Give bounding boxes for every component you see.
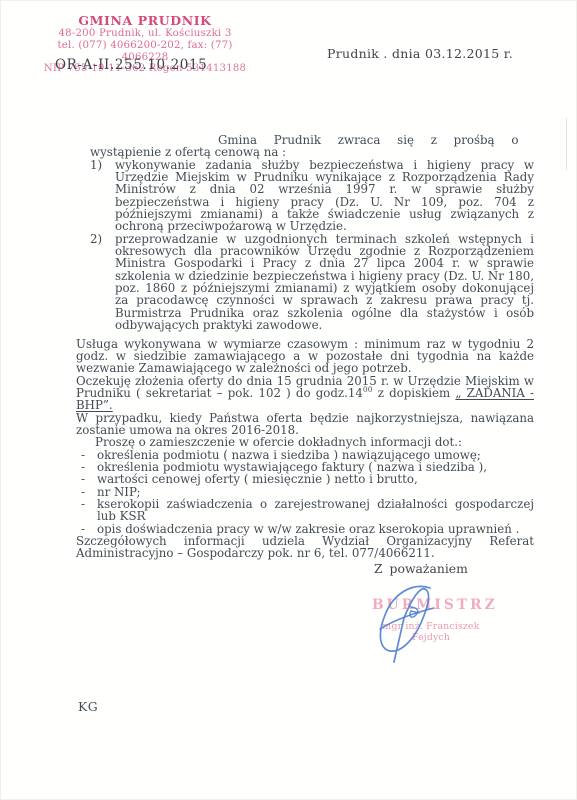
- dash-item-5: - kserokopii zaświadczenia o zarejestrow…: [81, 498, 534, 523]
- municipality-name: GMINA PRUDNIK: [34, 13, 256, 28]
- item-2-marker: 2): [90, 233, 115, 332]
- letter-body: Gmina Prudnik zwraca się z prośbą o wyst…: [76, 134, 534, 560]
- service-terms-paragraph: Usługa wykonywana w wymiarze czasowym : …: [76, 338, 534, 375]
- offer-deadline-text-2: z dopiskiem: [373, 386, 456, 400]
- numbered-item-2: 2) przeprowadzanie w uzgodnionych termin…: [90, 233, 534, 332]
- reference-number: OR-A-II.255.10.2015: [55, 57, 207, 73]
- dash-item-3: - wartości cenowej oferty ( miesięcznie …: [81, 473, 534, 485]
- contact-info-paragraph: Szczegółowych informacji udziela Wydział…: [76, 535, 534, 560]
- intro-paragraph: Gmina Prudnik zwraca się z prośbą o wyst…: [90, 134, 534, 159]
- request-line: Proszę o zamieszczenie w ofercie dokładn…: [76, 436, 534, 448]
- clerk-initials: KG: [78, 699, 98, 714]
- best-offer-paragraph: W przypadku, kiedy Państwa oferta będzie…: [76, 412, 534, 437]
- closing-salutation: Z poważaniem: [374, 561, 468, 576]
- offer-deadline-paragraph: Oczekuję złożenia oferty do dnia 15 grud…: [76, 375, 534, 412]
- item-1-marker: 1): [90, 159, 115, 233]
- letter-page: GMINA PRUDNIK 48-200 Prudnik, ul. Kościu…: [0, 0, 577, 800]
- letterhead-address: 48-200 Prudnik, ul. Kościuszki 3: [34, 28, 256, 40]
- dash-marker: -: [81, 498, 97, 523]
- item-2-text: przeprowadzanie w uzgodnionych terminach…: [115, 233, 534, 332]
- dash-item-3-text: wartości cenowej oferty ( miesięcznie ) …: [97, 473, 534, 485]
- dateline: Prudnik . dnia 03.12.2015 r.: [327, 46, 513, 61]
- dash-item-5-text: kserokopii zaświadczenia o zarejestrowan…: [97, 498, 534, 523]
- offer-hour-superscript: 00: [363, 385, 373, 394]
- dash-marker: -: [81, 473, 97, 485]
- intro-line-2: wystąpienie z ofertą cenową na :: [90, 146, 534, 158]
- numbered-item-1: 1) wykonywanie zadania służby bezpieczeń…: [90, 159, 534, 233]
- item-1-text: wykonywanie zadania służby bezpieczeństw…: [115, 159, 534, 233]
- pen-signature-icon: [356, 582, 454, 666]
- scan-artifact-line: [566, 118, 567, 170]
